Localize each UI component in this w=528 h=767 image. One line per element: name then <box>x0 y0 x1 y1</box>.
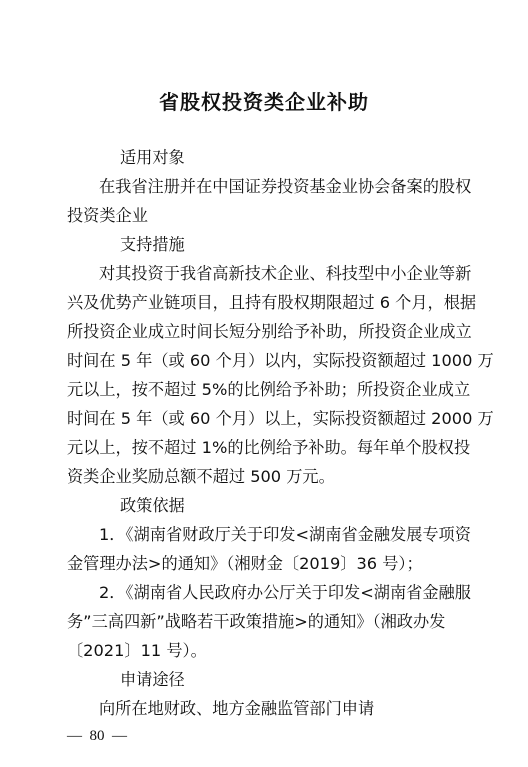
section-heading-application-channel: 申请途径 <box>120 669 185 691</box>
paragraph-line: 对其投资于我省高新技术企业、科技型中小企业等新 <box>99 263 471 285</box>
paragraph-line: 时间在 5 年（或 60 个月）以内，实际投资额超过 1000 万 <box>67 350 494 372</box>
page-number: — 80 — <box>67 728 127 745</box>
paragraph-line: 兴及优势产业链项目，且持有股权期限超过 6 个月，根据 <box>67 292 476 314</box>
paragraph-line: 投资类企业 <box>67 205 148 227</box>
paragraph-line: 在我省注册并在中国证券投资基金业协会备案的股权 <box>99 176 471 198</box>
section-heading-applicable-targets: 适用对象 <box>120 147 185 169</box>
paragraph-line: 〔2021〕11 号）。 <box>67 640 207 662</box>
document-title: 省股权投资类企业补助 <box>0 86 528 115</box>
paragraph-line: 向所在地财政、地方金融监管部门申请 <box>99 698 374 720</box>
paragraph-line: 所投资企业成立时间长短分别给予补助，所投资企业成立 <box>67 321 472 343</box>
paragraph-line: 资类企业奖励总额不超过 500 万元。 <box>67 466 335 488</box>
section-heading-support-measures: 支持措施 <box>120 234 185 256</box>
paragraph-line: 时间在 5 年（或 60 个月）以上，实际投资额超过 2000 万 <box>67 408 494 430</box>
paragraph-line: 1．《湖南省财政厅关于印发<湖南省金融发展专项资 <box>99 524 471 546</box>
paragraph-line: 元以上，按不超过 1%的比例给予补助。每年单个股权投 <box>67 437 470 459</box>
paragraph-line: 务”三高四新”战略若干政策措施>的通知》（湘政办发 <box>67 611 445 633</box>
paragraph-line: 2．《湖南省人民政府办公厅关于印发<湖南省金融服 <box>99 582 471 604</box>
paragraph-line: 金管理办法>的通知》（湘财金〔2019〕36 号）； <box>67 553 423 575</box>
section-heading-policy-basis: 政策依据 <box>120 495 185 517</box>
paragraph-line: 元以上，按不超过 5%的比例给予补助；所投资企业成立 <box>67 379 470 401</box>
